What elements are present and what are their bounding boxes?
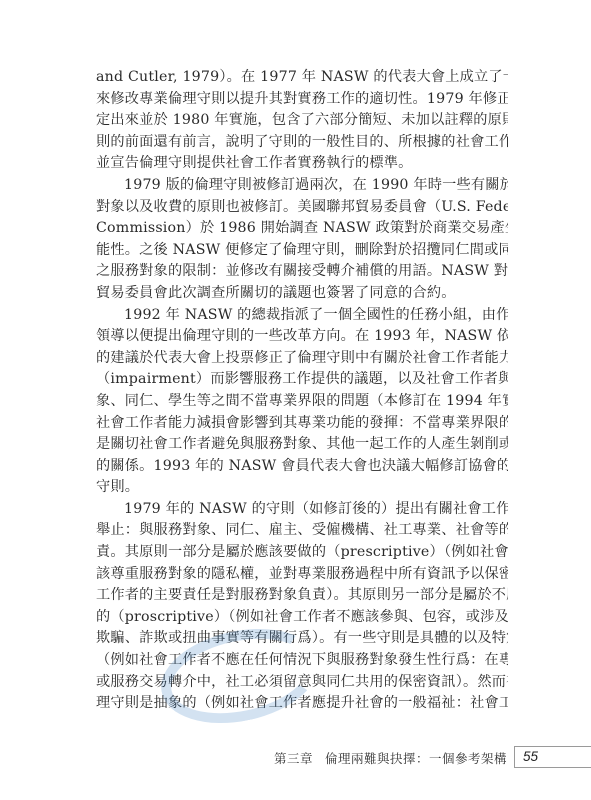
text-line: 工作者的主要責任是對服務對象負責）。其原則另一部分是屬於不應該做 bbox=[96, 585, 508, 607]
running-footer: 第三章倫理兩難與抉擇：一個參考架構 bbox=[274, 749, 507, 767]
text-line: 責。其原則一部分是屬於應該要做的（prescriptive）（例如社會工作者應 bbox=[96, 542, 508, 564]
footer-chapter: 第三章 bbox=[274, 751, 313, 766]
text-line: 定出來並於 1980 年實施，包含了六部分簡短、未加以註釋的原則：在原 bbox=[96, 110, 508, 132]
text-line: 並宣告倫理守則提供社會工作者實務執行的標準。 bbox=[96, 153, 508, 175]
text-line: 貿易委員會此次調查所關切的議題也簽署了同意的合約。 bbox=[96, 283, 508, 305]
page-number: 55 bbox=[514, 746, 591, 768]
text-line: 的建議於代表大會上投票修正了倫理守則中有關於社會工作者能力減損 bbox=[96, 348, 508, 370]
page-footer: 第三章倫理兩難與抉擇：一個參考架構 55 bbox=[0, 746, 591, 770]
text-line: 社會工作者能力減損會影響到其專業功能的發揮：不當專業界限的問題則 bbox=[96, 413, 508, 435]
text-line: 來修改專業倫理守則以提升其對實務工作的適切性。1979 年修正版本制 bbox=[96, 89, 508, 111]
footer-chapter-title: 倫理兩難與抉擇：一個參考架構 bbox=[325, 751, 507, 766]
text-line: 的關係。1993 年的 NASW 會員代表大會也決議大幅修訂協會的專業倫理 bbox=[96, 456, 508, 478]
text-line: and Cutler, 1979）。在 1977 年 NASW 的代表大會上成立… bbox=[96, 67, 508, 89]
text-line: 象、同仁、學生等之間不當專業界限的問題（本修訂在 1994 年實行）。 bbox=[96, 391, 508, 413]
page-body-text: and Cutler, 1979）。在 1977 年 NASW 的代表大會上成立… bbox=[96, 67, 508, 715]
text-line: 的（proscriptive）（例如社會工作者不應該參與、包容，或涉及不誠實、 bbox=[96, 607, 508, 629]
text-line: （例如社會工作者不應在任何情況下與服務對象發生性行爲：在專業服務 bbox=[96, 650, 508, 672]
text-line: 守則。 bbox=[96, 477, 508, 499]
text-line: 1992 年 NASW 的總裁指派了一個全國性的任務小組，由作者本人來 bbox=[96, 305, 508, 327]
text-line: 欺騙、詐欺或扭曲事實等有關行爲）。有一些守則是具體的以及特定的 bbox=[96, 628, 508, 650]
text-line: 是關切社會工作者避免與服務對象、其他一起工作的人產生剝削或傷害 bbox=[96, 434, 508, 456]
text-line: 1979 年的 NASW 的守則（如修訂後的）提出有關社會工作者的行爲 bbox=[96, 499, 508, 521]
text-line: Commission）於 1986 開始調查 NASW 政策對於商業交易產生限制… bbox=[96, 218, 508, 240]
text-line: 理守則是抽象的（例如社會工作者應提升社會的一般福祉：社會工作者應 bbox=[96, 693, 508, 715]
text-line: 該尊重服務對象的隱私權，並對專業服務過程中所有資訊予以保密，社會 bbox=[96, 564, 508, 586]
text-line: 或服務交易轉介中，社工必須留意與同仁共用的保密資訊）。然而有些倫 bbox=[96, 672, 508, 694]
text-line: 舉止：與服務對象、同仁、雇主、受僱機構、社工專業、社會等的倫理職 bbox=[96, 520, 508, 542]
text-line: 之服務對象的限制：並修改有關接受轉介補償的用語。NASW 對於聯邦 bbox=[96, 261, 508, 283]
text-line: 1979 版的倫理守則被修訂過兩次，在 1990 年時一些有關於招攬服務 bbox=[96, 175, 508, 197]
text-line: 則的前面還有前言，說明了守則的一般性目的、所根據的社會工作價值， bbox=[96, 132, 508, 154]
text-line: 領導以便提出倫理守則的一些改革方向。在 1993 年，NASW 依據此小組 bbox=[96, 326, 508, 348]
text-line: 能性。之後 NASW 便修定了倫理守則，刪除對於招攬同仁間或同機構內 bbox=[96, 240, 508, 262]
text-line: 對象以及收費的原則也被修訂。美國聯邦貿易委員會（U.S. Federal Tra… bbox=[96, 197, 508, 219]
text-line: （impairment）而影響服務工作提供的議題，以及社會工作者與服務對 bbox=[96, 369, 508, 391]
